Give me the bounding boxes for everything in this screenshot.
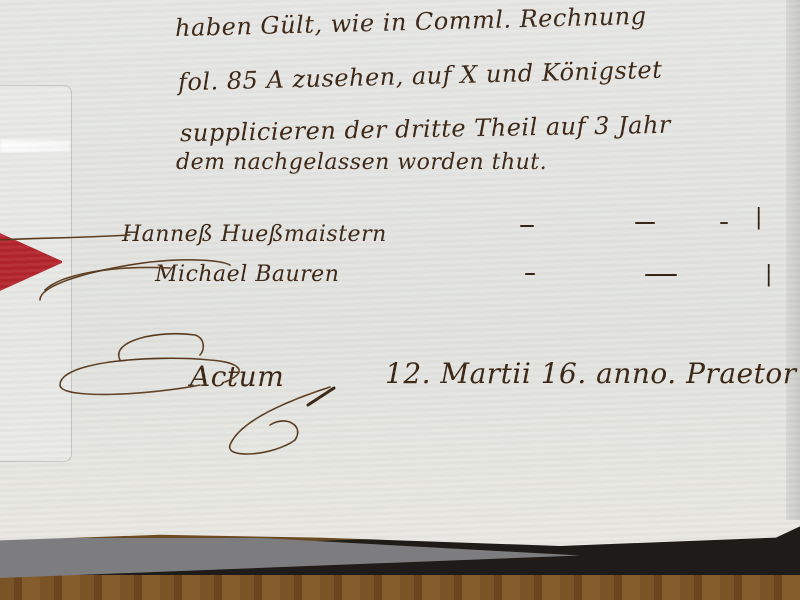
text-line-3: supplicieren der dritte Theil auf 3 Jahr (180, 111, 671, 148)
entry-dash (520, 225, 534, 227)
document-photo: haben Gült, wie in Comml. Rechnung fol. … (0, 0, 800, 600)
entry-amount-1: | (755, 205, 762, 230)
text-line-4: dem nachgelassen worden thut. (176, 150, 547, 175)
page-right-edge (786, 0, 800, 520)
date-line: 12. Martii 16. anno. Praetor (385, 357, 797, 390)
light-glare (0, 140, 70, 152)
manuscript-page: haben Gült, wie in Comml. Rechnung fol. … (0, 0, 800, 560)
signature-flourish (0, 0, 800, 600)
plastic-sleeve (0, 85, 72, 462)
entry-name-1: Hanneß Hueßmaistern (122, 222, 387, 247)
signature: Actum (190, 360, 284, 393)
entry-dash (645, 274, 677, 276)
text-line-1: haben Gült, wie in Comml. Rechnung (175, 2, 647, 42)
entry-name-2: Michael Bauren (155, 262, 339, 287)
entry-dash (720, 222, 728, 224)
red-marker-tab (0, 215, 64, 309)
entry-dash (635, 222, 655, 224)
entry-dash (525, 273, 535, 275)
entry-amount-2: | (765, 262, 772, 287)
text-line-2: fol. 85 A zusehen, auf X und Königstet (178, 56, 663, 97)
